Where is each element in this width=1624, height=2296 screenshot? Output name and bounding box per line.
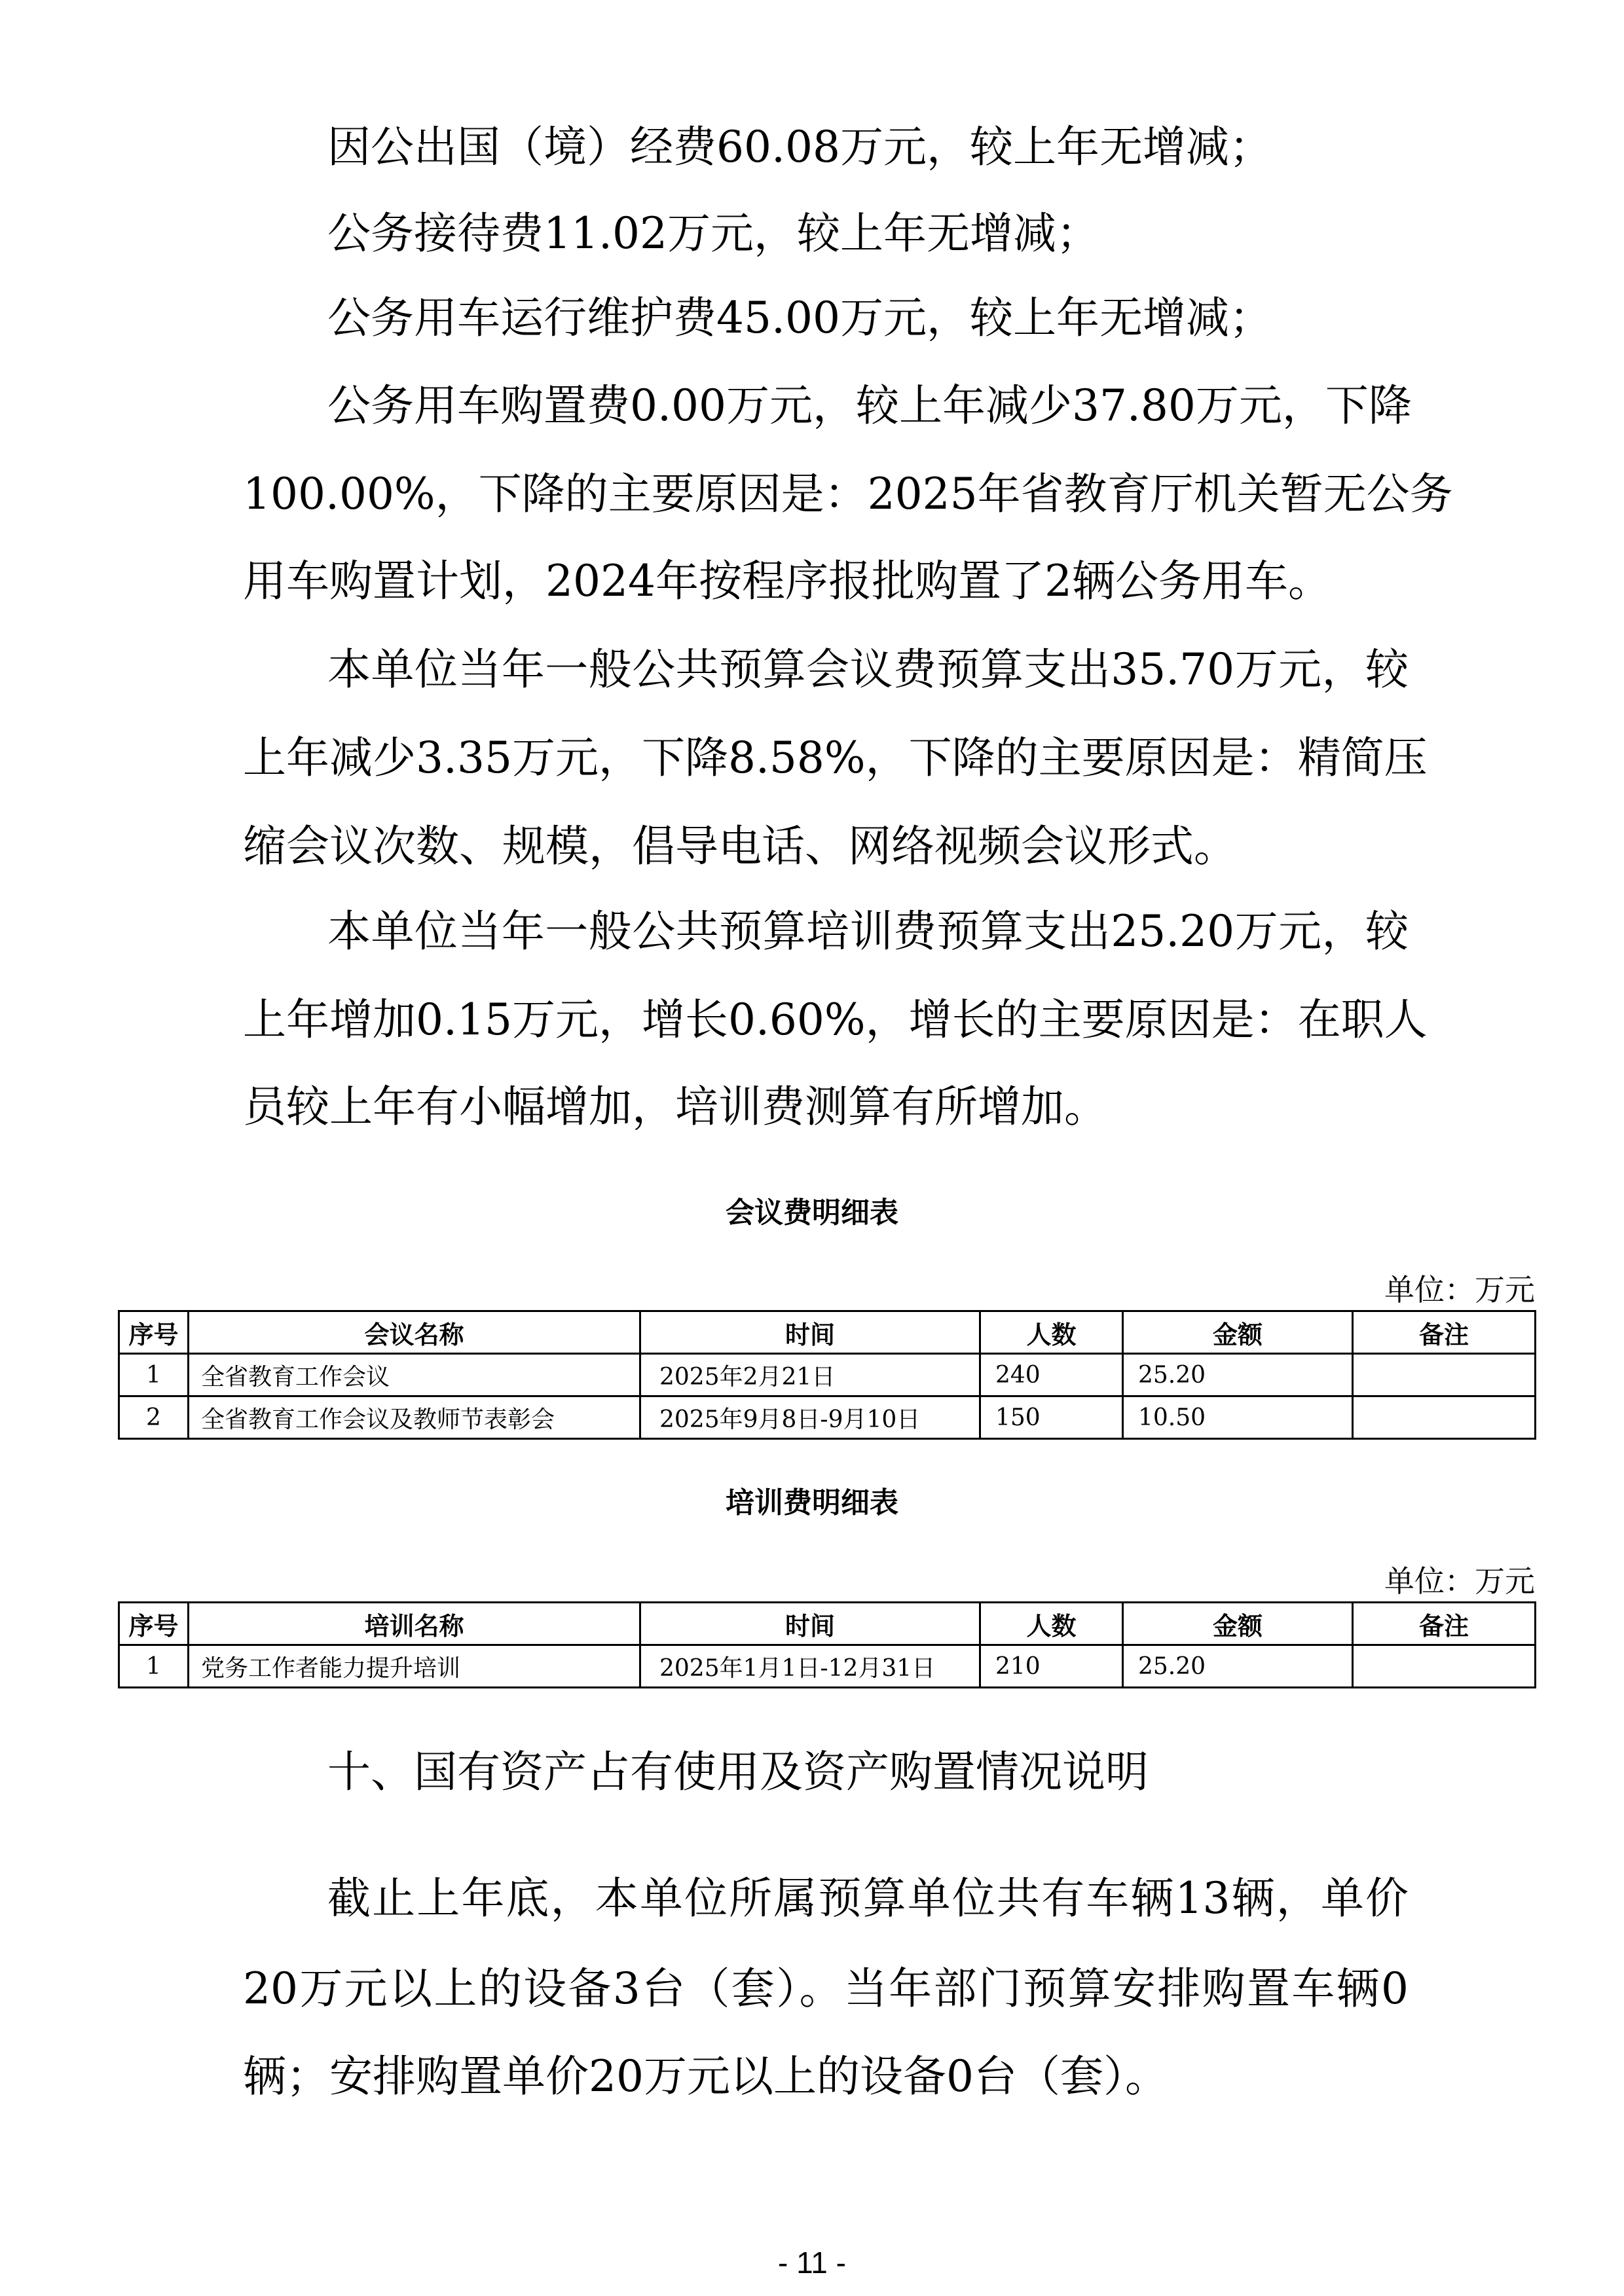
header-amount: 金额 bbox=[1123, 1311, 1353, 1354]
meeting-table-unit: 单位：万元 bbox=[1384, 1270, 1535, 1309]
cell-index: 1 bbox=[119, 1645, 189, 1688]
paragraph-line: 用车购置计划，2024年按程序报批购置了2辆公务用车。 bbox=[243, 552, 1331, 611]
section-heading: 十、国有资产占有使用及资产购置情况说明 bbox=[327, 1743, 1149, 1802]
header-amount: 金额 bbox=[1123, 1603, 1353, 1645]
cell-time: 2025年9月8日-9月10日 bbox=[640, 1396, 980, 1439]
table-row: 1 党务工作者能力提升培训 2025年1月1日-12月31日 210 25.20 bbox=[119, 1645, 1536, 1688]
section-paragraph-line: 截止上年底，本单位所属预算单位共有车辆13辆，单价 bbox=[327, 1869, 1409, 1928]
header-training-name: 培训名称 bbox=[189, 1603, 640, 1645]
cell-remarks bbox=[1353, 1354, 1536, 1396]
paragraph-line: 上年增加0.15万元，增长0.60%，增长的主要原因是：在职人 bbox=[243, 991, 1409, 1049]
meeting-table-title: 会议费明细表 bbox=[0, 1194, 1624, 1233]
cell-attendees: 240 bbox=[980, 1354, 1123, 1396]
cell-amount: 10.50 bbox=[1123, 1396, 1353, 1439]
paragraph-line-overseas-expense: 因公出国（境）经费60.08万元，较上年无增减； bbox=[327, 118, 1272, 177]
document-page: 因公出国（境）经费60.08万元，较上年无增减； 公务接待费11.02万元，较上… bbox=[0, 0, 1624, 2296]
header-time: 时间 bbox=[640, 1603, 980, 1645]
header-index: 序号 bbox=[119, 1603, 189, 1645]
header-attendees: 人数 bbox=[980, 1603, 1123, 1645]
paragraph-line-vehicle-purchase: 公务用车购置费0.00万元，较上年减少37.80万元，下降 bbox=[327, 376, 1409, 435]
cell-time: 2025年1月1日-12月31日 bbox=[640, 1645, 980, 1688]
cell-amount: 25.20 bbox=[1123, 1645, 1353, 1688]
section-paragraph-line: 辆；安排购置单价20万元以上的设备0台（套）。 bbox=[243, 2047, 1168, 2106]
header-remarks: 备注 bbox=[1353, 1311, 1536, 1354]
cell-index: 1 bbox=[119, 1354, 189, 1396]
header-index: 序号 bbox=[119, 1311, 189, 1354]
cell-remarks bbox=[1353, 1396, 1536, 1439]
cell-training-name: 党务工作者能力提升培训 bbox=[189, 1645, 640, 1688]
cell-time: 2025年2月21日 bbox=[640, 1354, 980, 1396]
cell-attendees: 210 bbox=[980, 1645, 1123, 1688]
paragraph-line: 100.00%，下降的主要原因是：2025年省教育厅机关暂无公务 bbox=[243, 465, 1409, 524]
cell-meeting-name: 全省教育工作会议及教师节表彰会 bbox=[189, 1396, 640, 1439]
paragraph-line: 上年减少3.35万元，下降8.58%，下降的主要原因是：精简压 bbox=[243, 729, 1409, 788]
page-number: - 11 - bbox=[0, 2243, 1624, 2282]
paragraph-line-training-expense: 本单位当年一般公共预算培训费预算支出25.20万元，较 bbox=[327, 902, 1409, 961]
cell-index: 2 bbox=[119, 1396, 189, 1439]
paragraph-line: 缩会议次数、规模，倡导电话、网络视频会议形式。 bbox=[243, 817, 1237, 876]
paragraph-line-meeting-expense: 本单位当年一般公共预算会议费预算支出35.70万元，较 bbox=[327, 640, 1409, 699]
header-meeting-name: 会议名称 bbox=[189, 1311, 640, 1354]
paragraph-line-reception-expense: 公务接待费11.02万元，较上年无增减； bbox=[327, 204, 1099, 263]
training-table-unit: 单位：万元 bbox=[1384, 1561, 1535, 1601]
paragraph-line-vehicle-maintenance: 公务用车运行维护费45.00万元，较上年无增减； bbox=[327, 289, 1272, 348]
section-paragraph-line: 20万元以上的设备3台（套）。当年部门预算安排购置车辆0 bbox=[243, 1959, 1409, 2018]
meeting-expense-table: 序号 会议名称 时间 人数 金额 备注 1 全省教育工作会议 2025年2月21… bbox=[118, 1310, 1536, 1440]
cell-meeting-name: 全省教育工作会议 bbox=[189, 1354, 640, 1396]
table-header-row: 序号 会议名称 时间 人数 金额 备注 bbox=[119, 1311, 1536, 1354]
table-header-row: 序号 培训名称 时间 人数 金额 备注 bbox=[119, 1603, 1536, 1645]
cell-attendees: 150 bbox=[980, 1396, 1123, 1439]
header-time: 时间 bbox=[640, 1311, 980, 1354]
header-attendees: 人数 bbox=[980, 1311, 1123, 1354]
training-expense-table: 序号 培训名称 时间 人数 金额 备注 1 党务工作者能力提升培训 2025年1… bbox=[118, 1601, 1536, 1688]
training-table-title: 培训费明细表 bbox=[0, 1484, 1624, 1523]
table-row: 1 全省教育工作会议 2025年2月21日 240 25.20 bbox=[119, 1354, 1536, 1396]
cell-amount: 25.20 bbox=[1123, 1354, 1353, 1396]
header-remarks: 备注 bbox=[1353, 1603, 1536, 1645]
cell-remarks bbox=[1353, 1645, 1536, 1688]
paragraph-line: 员较上年有小幅增加，培训费测算有所增加。 bbox=[243, 1078, 1107, 1137]
table-row: 2 全省教育工作会议及教师节表彰会 2025年9月8日-9月10日 150 10… bbox=[119, 1396, 1536, 1439]
